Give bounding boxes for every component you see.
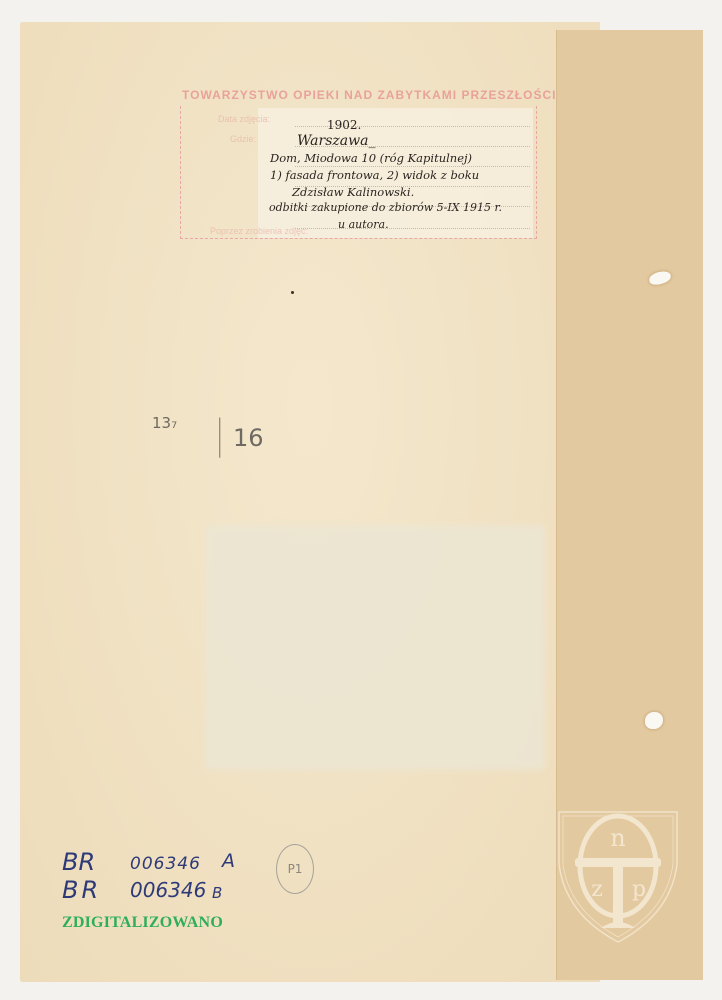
catalog-prefix-b: BR <box>62 876 101 904</box>
stamp-line <box>295 228 530 229</box>
stamp-label: Data zdjęcia: <box>218 114 270 124</box>
pencil-divider: | <box>216 412 223 458</box>
catalog-suffix-a: A <box>222 850 235 872</box>
stamp-title: TOWARZYSTWO OPIEKI NAD ZABYTKAMI PRZESZŁ… <box>182 88 556 102</box>
handwritten-line: odbitki zakupione do zbiorów 5-IX 1915 r… <box>269 201 502 214</box>
circled-pencil-mark: P1 <box>276 844 314 894</box>
catalog-prefix-a: BR <box>62 848 95 876</box>
catalog-number-b: 006346 <box>130 878 206 902</box>
circled-mark-text: P1 <box>288 862 303 876</box>
handwritten-line: Zdzisław Kalinowski. <box>292 185 414 199</box>
handwritten-line: Dom, Miodowa 10 (róg Kapitulnej) <box>270 151 472 165</box>
faded-photo-outline <box>205 525 545 770</box>
punch-hole-top <box>648 270 672 286</box>
handwritten-line: u autora. <box>338 218 389 231</box>
svg-text:n: n <box>610 824 625 852</box>
handwritten-year: 1902. <box>327 118 361 132</box>
handwritten-line: 1) fasada frontowa, 2) widok z boku <box>270 168 479 182</box>
punch-hole-bottom <box>645 712 663 729</box>
stamp-label: Gdzie: <box>230 134 256 144</box>
digitized-stamp: ZDIGITALIZOWANO <box>62 914 223 932</box>
stamp-label: Poprzez zrobienia zdjęć: <box>210 226 308 236</box>
handwritten-city: Warszawa_ <box>297 133 375 149</box>
pencil-note-left: 13₇ <box>152 414 177 432</box>
pencil-note-right: 16 <box>233 424 264 452</box>
ink-speck <box>291 291 294 294</box>
catalog-suffix-b: B <box>212 884 222 902</box>
catalog-number-a: 006346 <box>130 854 201 874</box>
tnzp-shield-emblem-icon: n z p <box>553 804 683 944</box>
stamp-line <box>295 166 530 167</box>
svg-text:p: p <box>632 877 646 902</box>
svg-text:z: z <box>591 877 603 902</box>
